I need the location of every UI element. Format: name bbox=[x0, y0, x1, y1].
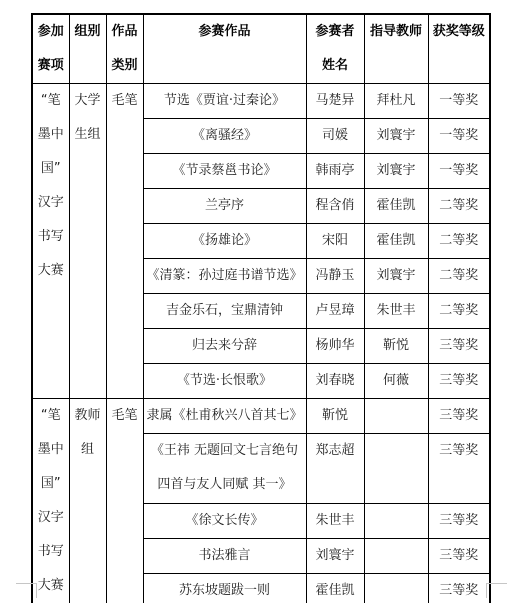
award-cell: 三等奖 bbox=[428, 574, 490, 603]
award-cell: 三等奖 bbox=[428, 364, 490, 399]
work-cell: 节选《贾谊·过秦论》 bbox=[143, 84, 306, 119]
page-margin-corner-mark-right bbox=[486, 583, 507, 598]
header-group: 组别 bbox=[69, 14, 106, 84]
teacher-cell: 刘寰宇 bbox=[364, 154, 428, 189]
page-margin-corner-mark-left bbox=[16, 583, 37, 598]
teacher-cell: 刘寰宇 bbox=[364, 119, 428, 154]
award-cell: 二等奖 bbox=[428, 189, 490, 224]
award-cell: 三等奖 bbox=[428, 504, 490, 539]
header-event: 参加 赛项 bbox=[32, 14, 69, 84]
category-cell: 毛笔 bbox=[106, 84, 143, 399]
work-cell: 《扬雄论》 bbox=[143, 224, 306, 259]
name-cell: 郑志超 bbox=[306, 434, 364, 504]
teacher-cell bbox=[364, 434, 428, 504]
event-cell: “笔 墨中 国” 汉字 书写 大赛 bbox=[32, 84, 69, 399]
teacher-cell bbox=[364, 504, 428, 539]
teacher-cell bbox=[364, 399, 428, 434]
teacher-cell: 靳悦 bbox=[364, 329, 428, 364]
table-row: “笔 墨中 国” 汉字 书写 大赛 教师 组 毛笔 隶属《杜甫秋兴八首其七》 靳… bbox=[32, 399, 490, 434]
work-cell: 《节选·长恨歌》 bbox=[143, 364, 306, 399]
header-category: 作品 类别 bbox=[106, 14, 143, 84]
award-results-table: 参加 赛项 组别 作品 类别 参赛作品 参赛者 姓名 指导教师 获奖等级 “笔 … bbox=[31, 13, 491, 603]
teacher-cell: 朱世丰 bbox=[364, 294, 428, 329]
teacher-cell: 拜杜凡 bbox=[364, 84, 428, 119]
teacher-cell bbox=[364, 539, 428, 574]
award-cell: 三等奖 bbox=[428, 539, 490, 574]
award-cell: 一等奖 bbox=[428, 84, 490, 119]
table-header-row: 参加 赛项 组别 作品 类别 参赛作品 参赛者 姓名 指导教师 获奖等级 bbox=[32, 14, 490, 84]
work-cell: 《徐文长传》 bbox=[143, 504, 306, 539]
work-cell: 《王祎 无题回文七言绝句 四首与友人同赋 其一》 bbox=[143, 434, 306, 504]
group-cell: 教师 组 bbox=[69, 399, 106, 603]
teacher-cell: 何薇 bbox=[364, 364, 428, 399]
name-cell: 靳悦 bbox=[306, 399, 364, 434]
name-cell: 冯静玉 bbox=[306, 259, 364, 294]
work-cell: 吉金乐石，宝鼎清钟 bbox=[143, 294, 306, 329]
name-cell: 司媛 bbox=[306, 119, 364, 154]
work-cell: 《离骚经》 bbox=[143, 119, 306, 154]
work-cell: 《节录蔡邕书论》 bbox=[143, 154, 306, 189]
award-cell: 三等奖 bbox=[428, 434, 490, 504]
teacher-cell bbox=[364, 574, 428, 603]
event-cell: “笔 墨中 国” 汉字 书写 大赛 bbox=[32, 399, 69, 603]
work-cell: 苏东坡题跋一则 bbox=[143, 574, 306, 603]
award-cell: 一等奖 bbox=[428, 119, 490, 154]
category-cell: 毛笔 bbox=[106, 399, 143, 603]
award-cell: 二等奖 bbox=[428, 224, 490, 259]
award-cell: 二等奖 bbox=[428, 259, 490, 294]
name-cell: 韩雨亭 bbox=[306, 154, 364, 189]
name-cell: 程含俏 bbox=[306, 189, 364, 224]
group-cell: 大学 生组 bbox=[69, 84, 106, 399]
header-teacher: 指导教师 bbox=[364, 14, 428, 84]
teacher-cell: 霍佳凯 bbox=[364, 224, 428, 259]
name-cell: 刘寰宇 bbox=[306, 539, 364, 574]
header-work: 参赛作品 bbox=[143, 14, 306, 84]
teacher-cell: 霍佳凯 bbox=[364, 189, 428, 224]
document-page: 参加 赛项 组别 作品 类别 参赛作品 参赛者 姓名 指导教师 获奖等级 “笔 … bbox=[0, 0, 524, 603]
award-cell: 三等奖 bbox=[428, 399, 490, 434]
work-cell: 兰亭序 bbox=[143, 189, 306, 224]
header-award: 获奖等级 bbox=[428, 14, 490, 84]
work-cell: 《清篆：孙过庭书谱节选》 bbox=[143, 259, 306, 294]
name-cell: 马楚异 bbox=[306, 84, 364, 119]
name-cell: 霍佳凯 bbox=[306, 574, 364, 603]
award-cell: 三等奖 bbox=[428, 329, 490, 364]
work-cell: 隶属《杜甫秋兴八首其七》 bbox=[143, 399, 306, 434]
table-row: “笔 墨中 国” 汉字 书写 大赛 大学 生组 毛笔 节选《贾谊·过秦论》 马楚… bbox=[32, 84, 490, 119]
name-cell: 刘春晓 bbox=[306, 364, 364, 399]
work-cell: 归去来兮辞 bbox=[143, 329, 306, 364]
name-cell: 卢昱璋 bbox=[306, 294, 364, 329]
teacher-cell: 刘寰宇 bbox=[364, 259, 428, 294]
work-cell: 书法雅言 bbox=[143, 539, 306, 574]
name-cell: 杨帅华 bbox=[306, 329, 364, 364]
name-cell: 朱世丰 bbox=[306, 504, 364, 539]
award-cell: 一等奖 bbox=[428, 154, 490, 189]
header-participant: 参赛者 姓名 bbox=[306, 14, 364, 84]
name-cell: 宋阳 bbox=[306, 224, 364, 259]
award-cell: 二等奖 bbox=[428, 294, 490, 329]
